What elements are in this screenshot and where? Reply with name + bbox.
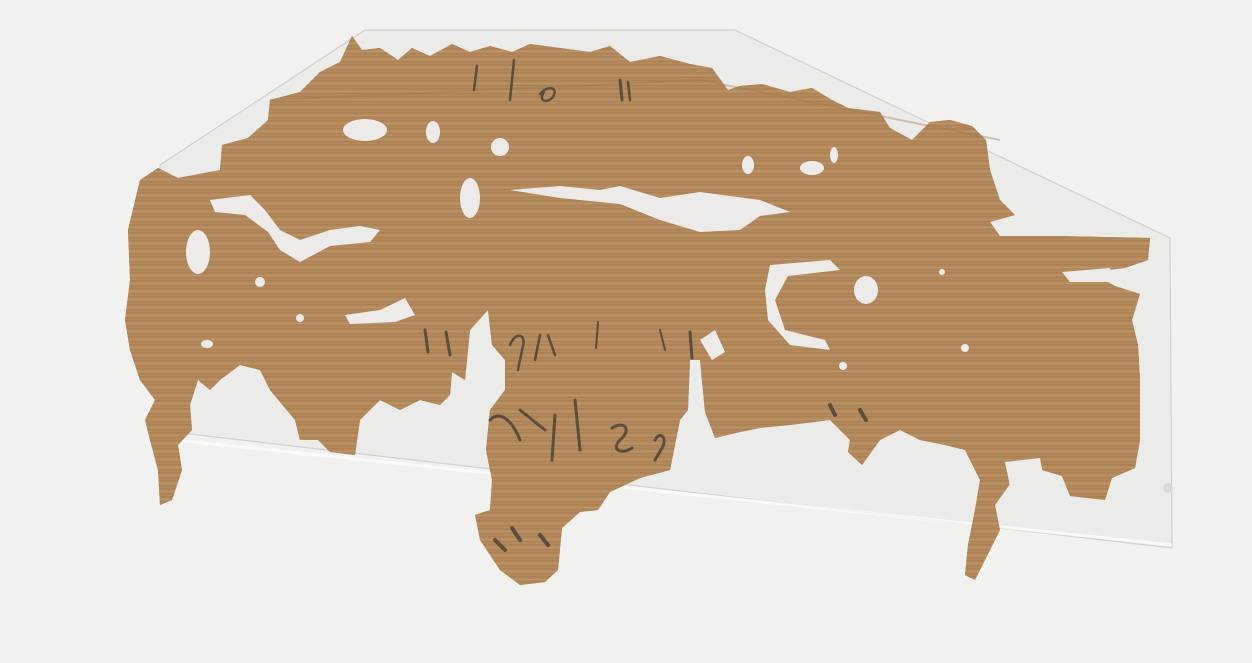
papyrus-photo [0, 0, 1252, 663]
sleeve-speck [1163, 483, 1173, 493]
